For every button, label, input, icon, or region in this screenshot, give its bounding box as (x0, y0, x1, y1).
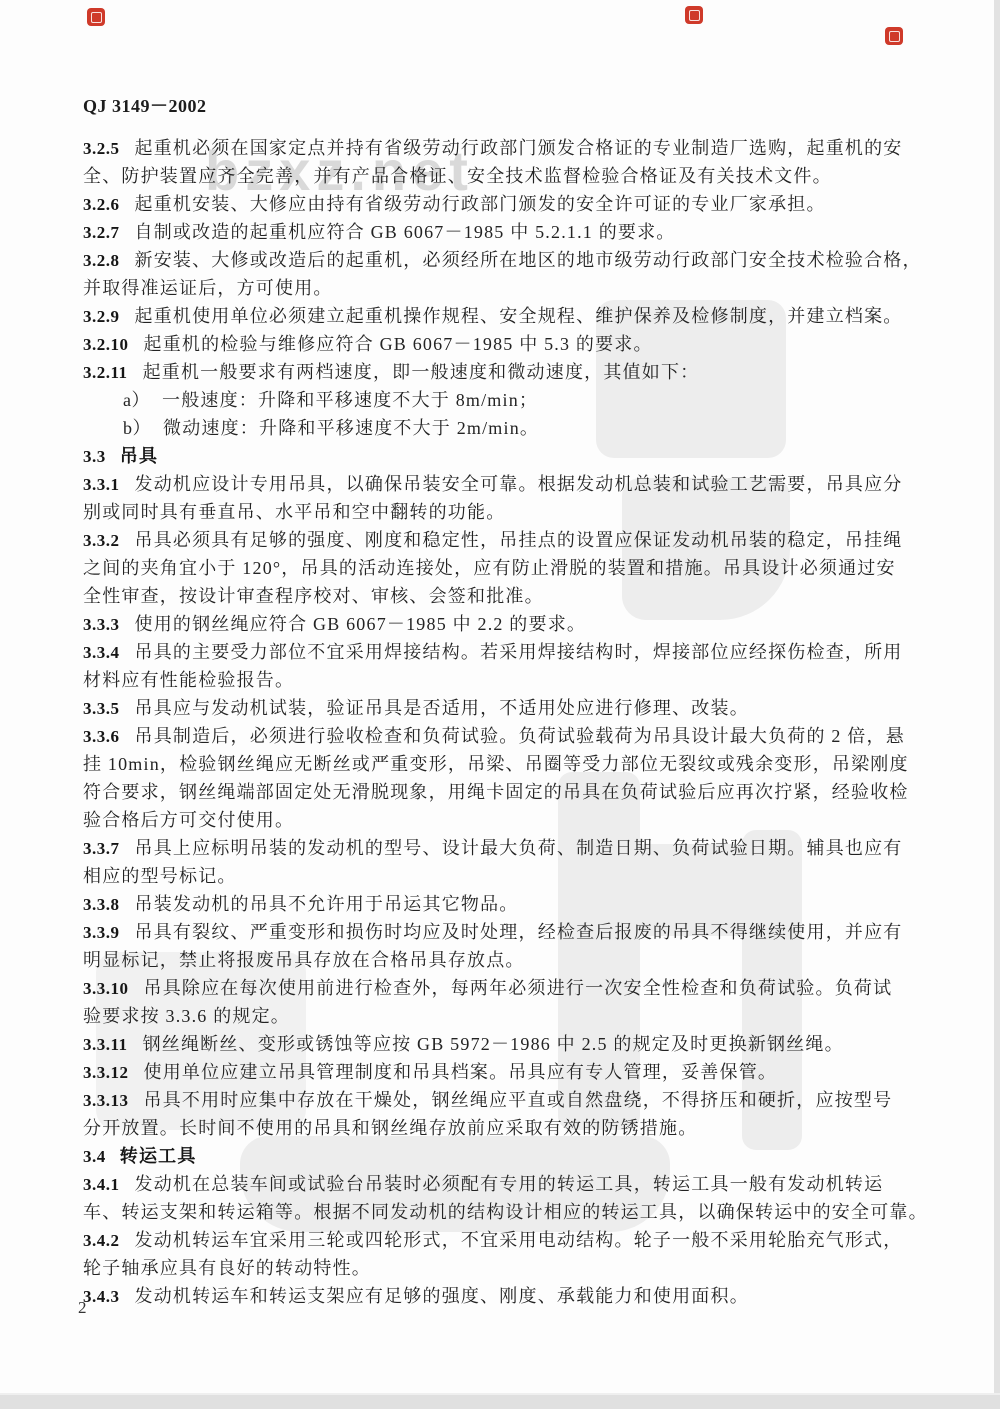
clause-text: 符合要求，钢丝绳端部固定处无滑脱现象，用绳卡固定的吊具在负荷试验后应再次拧紧，经… (83, 782, 909, 802)
document-line: 3.3.12使用单位应建立吊具管理制度和吊具档案。吊具应有专人管理，妥善保管。 (83, 1058, 963, 1086)
clause-number: 3.3.2 (83, 531, 120, 550)
clause-number: 3.3.3 (83, 615, 120, 634)
document-line: 3.3.11钢丝绳断丝、变形或锈蚀等应按 GB 5972－1986 中 2.5 … (83, 1030, 963, 1058)
red-seal-icon (885, 27, 903, 45)
clause-number: 3.2.8 (83, 251, 120, 270)
document-line: 相应的型号标记。 (83, 862, 963, 890)
document-line: 3.3.7吊具上应标明吊装的发动机的型号、设计最大负荷、制造日期、负荷试验日期。… (83, 834, 963, 862)
clause-text: 发动机转运车宜采用三轮或四轮形式，不宜采用电动结构。轮子一般不采用轮胎充气形式， (135, 1230, 903, 1250)
clause-text: 吊具制造后，必须进行验收检查和负荷试验。负荷试验载荷为吊具设计最大负荷的 2 倍… (135, 726, 905, 746)
clause-text: 起重机一般要求有两档速度，即一般速度和微动速度，其值如下： (143, 362, 700, 382)
clause-number: 3.3.12 (83, 1063, 129, 1082)
document-line: a）一般速度：升降和平移速度不大于 8m/min； (83, 386, 963, 414)
scan-edge-bottom (0, 1393, 1000, 1409)
clause-number: a） (123, 390, 150, 410)
clause-number: 3.3.6 (83, 727, 120, 746)
document-line: 验合格后方可交付使用。 (83, 806, 963, 834)
document-line: 3.3吊具 (83, 442, 963, 470)
clause-text: 别或同时具有垂直吊、水平吊和空中翻转的功能。 (83, 502, 505, 522)
clause-number: 3.2.10 (83, 335, 129, 354)
clause-number: 3.3.5 (83, 699, 120, 718)
clause-number: 3.2.7 (83, 223, 120, 242)
clause-text: 转运工具 (120, 1146, 197, 1166)
document-line: 明显标记，禁止将报废吊具存放在合格吊具存放点。 (83, 946, 963, 974)
clause-number: 3.2.9 (83, 307, 120, 326)
clause-text: 吊具 (120, 446, 158, 466)
clause-number: 3.2.5 (83, 139, 120, 158)
document-line: 3.3.4吊具的主要受力部位不宜采用焊接结构。若采用焊接结构时，焊接部位应经探伤… (83, 638, 963, 666)
document-line: 3.3.3使用的钢丝绳应符合 GB 6067－1985 中 2.2 的要求。 (83, 610, 963, 638)
clause-number: 3.2.6 (83, 195, 120, 214)
clause-text: 使用的钢丝绳应符合 GB 6067－1985 中 2.2 的要求。 (135, 614, 587, 634)
clause-text: 吊具必须具有足够的强度、刚度和稳定性，吊挂点的设置应保证发动机吊装的稳定，吊挂绳 (135, 530, 903, 550)
clause-text: 发动机转运车和转运支架应有足够的强度、刚度、承载能力和使用面积。 (135, 1286, 749, 1306)
clause-text: 使用单位应建立吊具管理制度和吊具档案。吊具应有专人管理，妥善保管。 (144, 1062, 778, 1082)
document-line: 并取得准运证后，方可使用。 (83, 274, 963, 302)
document-line: 3.3.13吊具不用时应集中存放在干燥处，钢丝绳应平直或自然盘绕，不得挤压和硬折… (83, 1086, 963, 1114)
red-seal-icon (685, 6, 703, 24)
clause-text: 之间的夹角宜小于 120°，吊具的活动连接处，应有防止滑脱的装置和措施。吊具设计… (83, 558, 896, 578)
clause-text: 全性审查，按设计审查程序校对、审核、会签和批准。 (83, 586, 544, 606)
clause-number: 3.3.4 (83, 643, 120, 662)
scan-edge-right (994, 0, 1000, 1409)
clause-text: 微动速度：升降和平移速度不大于 2m/min。 (163, 418, 539, 438)
page-number: 2 (78, 1298, 87, 1318)
clause-text: 起重机安装、大修应由持有省级劳动行政部门颁发的安全许可证的专业厂家承担。 (135, 194, 826, 214)
clause-text: 吊具应与发动机试装，验证吊具是否适用，不适用处应进行修理、改装。 (135, 698, 749, 718)
clause-number: 3.3 (83, 447, 106, 466)
document-line: 别或同时具有垂直吊、水平吊和空中翻转的功能。 (83, 498, 963, 526)
document-line: 挂 10min，检验钢丝绳应无断丝或严重变形，吊梁、吊圈等受力部位无裂纹或残余变… (83, 750, 963, 778)
clause-text: 轮子轴承应具有良好的转动特性。 (83, 1258, 371, 1278)
document-line: 3.2.11起重机一般要求有两档速度，即一般速度和微动速度，其值如下： (83, 358, 963, 386)
clause-text: 全、防护装置应齐全完善，并有产品合格证、安全技术监督检验合格证及有关技术文件。 (83, 166, 832, 186)
clause-number: 3.3.11 (83, 1035, 128, 1054)
clause-text: 并取得准运证后，方可使用。 (83, 278, 333, 298)
clause-text: 发动机在总装车间或试验台吊装时必须配有专用的转运工具，转运工具一般有发动机转运 (135, 1174, 884, 1194)
clause-number: 3.4.1 (83, 1175, 120, 1194)
red-seal-icon (87, 8, 105, 26)
document-line: b）微动速度：升降和平移速度不大于 2m/min。 (83, 414, 963, 442)
document-line: 3.4.2发动机转运车宜采用三轮或四轮形式，不宜采用电动结构。轮子一般不采用轮胎… (83, 1226, 963, 1254)
clause-text: 车、转运支架和转运箱等。根据不同发动机的结构设计相应的转运工具，以确保转运中的安… (83, 1202, 928, 1222)
document-line: 3.2.7自制或改造的起重机应符合 GB 6067－1985 中 5.2.1.1… (83, 218, 963, 246)
clause-number: 3.3.9 (83, 923, 120, 942)
clause-text: 起重机使用单位必须建立起重机操作规程、安全规程、维护保养及检修制度，并建立档案。 (135, 306, 903, 326)
clause-number: 3.3.13 (83, 1091, 129, 1110)
clause-text: 钢丝绳断丝、变形或锈蚀等应按 GB 5972－1986 中 2.5 的规定及时更… (143, 1034, 844, 1054)
clause-number: 3.2.11 (83, 363, 128, 382)
document-line: 之间的夹角宜小于 120°，吊具的活动连接处，应有防止滑脱的装置和措施。吊具设计… (83, 554, 963, 582)
document-page: bzxz.net QJ 3149－2002 3.2.5起重机必须在国家定点并持有… (0, 0, 1000, 1409)
document-line: 3.3.10吊具除应在每次使用前进行检查外，每两年必须进行一次安全性检查和负荷试… (83, 974, 963, 1002)
clause-text: 自制或改造的起重机应符合 GB 6067－1985 中 5.2.1.1 的要求。 (135, 222, 676, 242)
document-line: 验要求按 3.3.6 的规定。 (83, 1002, 963, 1030)
clause-number: 3.3.8 (83, 895, 120, 914)
document-line: 3.2.8新安装、大修或改造后的起重机，必须经所在地区的地市级劳动行政部门安全技… (83, 246, 963, 274)
document-line: 3.3.8吊装发动机的吊具不允许用于吊运其它物品。 (83, 890, 963, 918)
document-line: 3.3.9吊具有裂纹、严重变形和损伤时均应及时处理，经检查后报废的吊具不得继续使… (83, 918, 963, 946)
clause-text: 发动机应设计专用吊具，以确保吊装安全可靠。根据发动机总装和试验工艺需要，吊具应分 (135, 474, 903, 494)
clause-text: 分开放置。长时间不使用的吊具和钢丝绳存放前应采取有效的防锈措施。 (83, 1118, 697, 1138)
clause-text: 挂 10min，检验钢丝绳应无断丝或严重变形，吊梁、吊圈等受力部位无裂纹或残余变… (83, 754, 909, 774)
clause-number: 3.3.1 (83, 475, 120, 494)
clause-number: 3.4 (83, 1147, 106, 1166)
clause-text: 吊具有裂纹、严重变形和损伤时均应及时处理，经检查后报废的吊具不得继续使用，并应有 (135, 922, 903, 942)
document-line: 分开放置。长时间不使用的吊具和钢丝绳存放前应采取有效的防锈措施。 (83, 1114, 963, 1142)
clause-text: 起重机必须在国家定点并持有省级劳动行政部门颁发合格证的专业制造厂选购，起重机的安 (135, 138, 903, 158)
clause-text: 相应的型号标记。 (83, 866, 237, 886)
clause-text: 验要求按 3.3.6 的规定。 (83, 1006, 290, 1026)
document-line: 3.2.10起重机的检验与维修应符合 GB 6067－1985 中 5.3 的要… (83, 330, 963, 358)
document-line: 车、转运支架和转运箱等。根据不同发动机的结构设计相应的转运工具，以确保转运中的安… (83, 1198, 963, 1226)
clause-text: 起重机的检验与维修应符合 GB 6067－1985 中 5.3 的要求。 (144, 334, 653, 354)
document-line: 3.2.5起重机必须在国家定点并持有省级劳动行政部门颁发合格证的专业制造厂选购，… (83, 134, 963, 162)
clause-number: 3.3.7 (83, 839, 120, 858)
document-line: 材料应有性能检验报告。 (83, 666, 963, 694)
document-line: 轮子轴承应具有良好的转动特性。 (83, 1254, 963, 1282)
page-header: QJ 3149－2002 (83, 92, 207, 118)
document-line: 3.3.5吊具应与发动机试装，验证吊具是否适用，不适用处应进行修理、改装。 (83, 694, 963, 722)
clause-number: 3.3.10 (83, 979, 129, 998)
clause-text: 验合格后方可交付使用。 (83, 810, 294, 830)
document-body: 3.2.5起重机必须在国家定点并持有省级劳动行政部门颁发合格证的专业制造厂选购，… (83, 134, 963, 1310)
document-line: 3.3.2吊具必须具有足够的强度、刚度和稳定性，吊挂点的设置应保证发动机吊装的稳… (83, 526, 963, 554)
clause-text: 一般速度：升降和平移速度不大于 8m/min； (162, 390, 538, 410)
clause-number: 3.4.3 (83, 1287, 120, 1306)
clause-text: 新安装、大修或改造后的起重机，必须经所在地区的地市级劳动行政部门安全技术检验合格… (135, 250, 922, 270)
document-line: 3.4.1发动机在总装车间或试验台吊装时必须配有专用的转运工具，转运工具一般有发… (83, 1170, 963, 1198)
clause-text: 吊装发动机的吊具不允许用于吊运其它物品。 (135, 894, 519, 914)
clause-text: 吊具除应在每次使用前进行检查外，每两年必须进行一次安全性检查和负荷试验。负荷试 (144, 978, 893, 998)
clause-text: 明显标记，禁止将报废吊具存放在合格吊具存放点。 (83, 950, 525, 970)
clause-number: 3.4.2 (83, 1231, 120, 1250)
document-line: 3.4转运工具 (83, 1142, 963, 1170)
clause-text: 吊具的主要受力部位不宜采用焊接结构。若采用焊接结构时，焊接部位应经探伤检查，所用 (135, 642, 903, 662)
document-line: 全性审查，按设计审查程序校对、审核、会签和批准。 (83, 582, 963, 610)
clause-text: 吊具上应标明吊装的发动机的型号、设计最大负荷、制造日期、负荷试验日期。辅具也应有 (135, 838, 903, 858)
clause-number: b） (123, 418, 151, 438)
document-line: 3.3.1发动机应设计专用吊具，以确保吊装安全可靠。根据发动机总装和试验工艺需要… (83, 470, 963, 498)
clause-text: 材料应有性能检验报告。 (83, 670, 294, 690)
document-line: 3.3.6吊具制造后，必须进行验收检查和负荷试验。负荷试验载荷为吊具设计最大负荷… (83, 722, 963, 750)
document-line: 3.2.6起重机安装、大修应由持有省级劳动行政部门颁发的安全许可证的专业厂家承担… (83, 190, 963, 218)
document-line: 3.2.9起重机使用单位必须建立起重机操作规程、安全规程、维护保养及检修制度，并… (83, 302, 963, 330)
document-line: 3.4.3发动机转运车和转运支架应有足够的强度、刚度、承载能力和使用面积。 (83, 1282, 963, 1310)
clause-text: 吊具不用时应集中存放在干燥处，钢丝绳应平直或自然盘绕，不得挤压和硬折，应按型号 (144, 1090, 893, 1110)
document-line: 符合要求，钢丝绳端部固定处无滑脱现象，用绳卡固定的吊具在负荷试验后应再次拧紧，经… (83, 778, 963, 806)
document-line: 全、防护装置应齐全完善，并有产品合格证、安全技术监督检验合格证及有关技术文件。 (83, 162, 963, 190)
